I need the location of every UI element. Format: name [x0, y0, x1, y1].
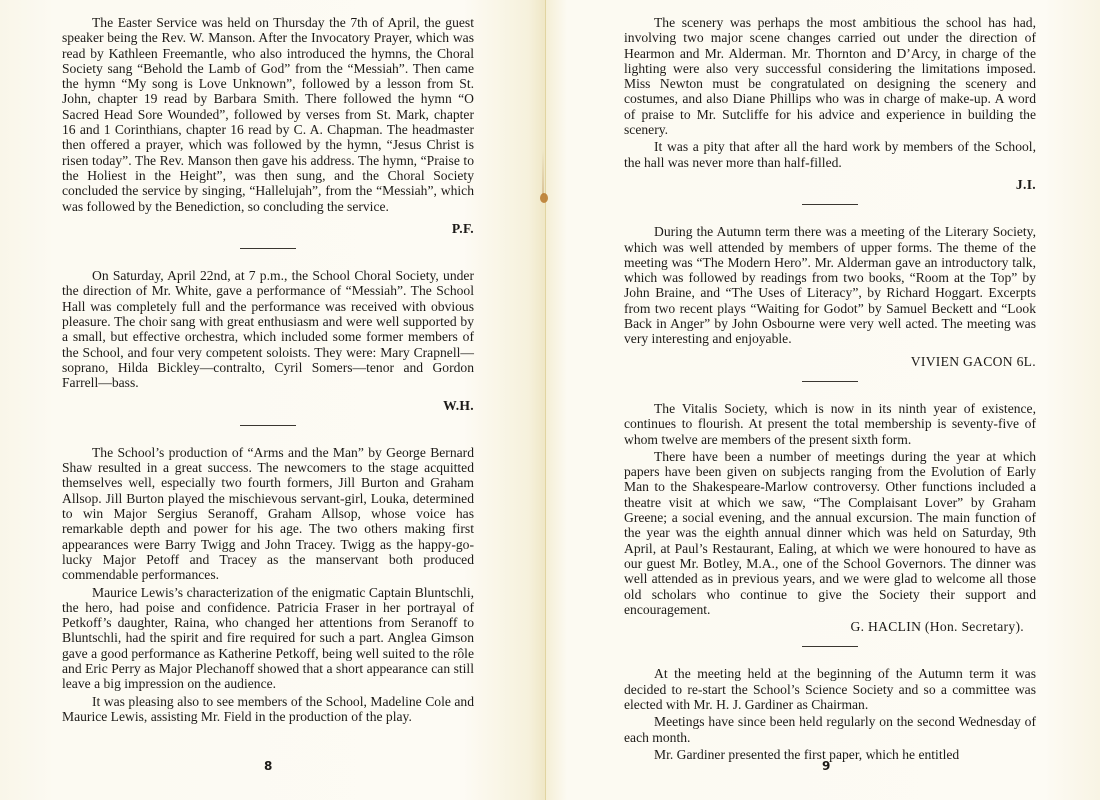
vitalis-society-article: The Vitalis Society, which is now in its…	[624, 401, 1036, 634]
article-paragraph: The Easter Service was held on Thursday …	[62, 15, 474, 214]
article-paragraph: At the meeting held at the beginning of …	[624, 666, 1036, 712]
article-paragraph: On Saturday, April 22nd, at 7 p.m., the …	[62, 268, 474, 390]
section-divider	[240, 425, 296, 426]
page-number: 9	[822, 759, 830, 773]
section-divider	[240, 248, 296, 249]
article-paragraph: Maurice Lewis’s characterization of the …	[62, 585, 474, 692]
article-signature: W.H.	[62, 398, 474, 413]
booklet-spread: The Easter Service was held on Thursday …	[0, 0, 1100, 800]
article-paragraph: The Vitalis Society, which is now in its…	[624, 401, 1036, 447]
section-divider	[802, 646, 858, 647]
article-signature: J.I.	[624, 177, 1036, 192]
scenery-article: The scenery was perhaps the most ambitio…	[624, 15, 1036, 192]
left-page: The Easter Service was held on Thursday …	[0, 0, 545, 800]
ink-stain-mark	[540, 193, 548, 203]
article-paragraph: During the Autumn term there was a meeti…	[624, 224, 1036, 346]
article-signature: P.F.	[62, 221, 474, 236]
arms-and-the-man-article: The School’s production of “Arms and the…	[62, 445, 474, 724]
right-page: The scenery was perhaps the most ambitio…	[545, 0, 1100, 800]
messiah-performance-article: On Saturday, April 22nd, at 7 p.m., the …	[62, 268, 474, 413]
article-paragraph: It was a pity that after all the hard wo…	[624, 139, 1036, 170]
book-gutter-crease	[545, 0, 546, 800]
right-text-column: The scenery was perhaps the most ambitio…	[624, 15, 1036, 762]
article-paragraph: There have been a number of meetings dur…	[624, 449, 1036, 617]
page-number: 8	[264, 759, 272, 773]
literary-society-article: During the Autumn term there was a meeti…	[624, 224, 1036, 369]
article-signature: VIVIEN GACON 6L.	[624, 354, 1036, 369]
article-paragraph: Meetings have since been held regularly …	[624, 714, 1036, 745]
section-divider	[802, 381, 858, 382]
left-text-column: The Easter Service was held on Thursday …	[62, 15, 474, 724]
stain-trail-mark	[542, 150, 544, 195]
section-divider	[802, 204, 858, 205]
science-society-article: At the meeting held at the beginning of …	[624, 666, 1036, 762]
article-paragraph: The scenery was perhaps the most ambitio…	[624, 15, 1036, 137]
easter-service-article: The Easter Service was held on Thursday …	[62, 15, 474, 236]
article-signature: G. HACLIN (Hon. Secretary).	[624, 619, 1036, 634]
article-paragraph: The School’s production of “Arms and the…	[62, 445, 474, 583]
article-paragraph: It was pleasing also to see members of t…	[62, 694, 474, 725]
